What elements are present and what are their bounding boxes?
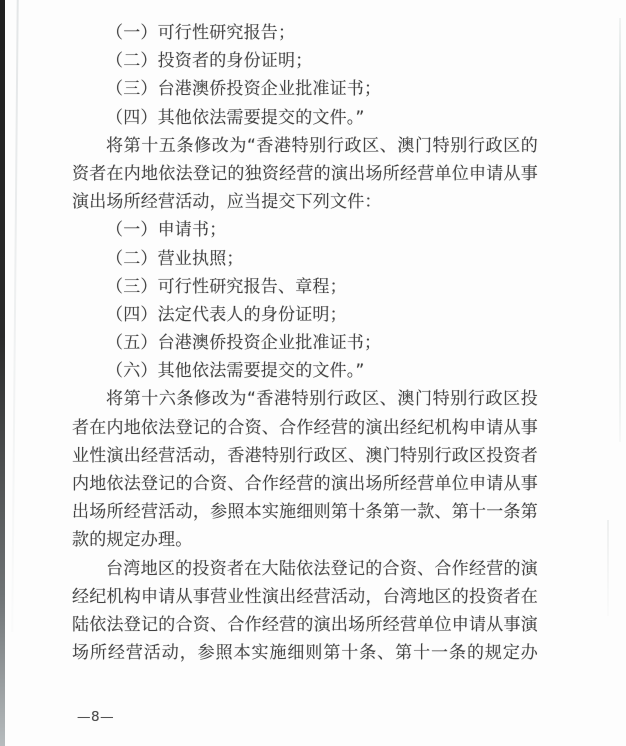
text-line: 出场所经营活动，参照本实施细则第十条第一款、第十一条第一	[72, 498, 538, 526]
right-scan-artifact-line-lower	[607, 520, 609, 616]
scan-edge-shadow	[0, 0, 5, 746]
text-line: （一）可行性研究报告；	[72, 19, 538, 47]
text-line: 者在内地依法登记的合资、合作经营的演出经纪机构申请从事营	[72, 414, 538, 442]
page-crease-line	[11, 0, 19, 632]
text-line: 演出场所经营活动，应当提交下列文件：	[72, 188, 538, 216]
text-line: （四）其他依法需要提交的文件。”	[72, 104, 538, 132]
text-line: （二）投资者的身份证明；	[72, 47, 538, 75]
text-block: （一）可行性研究报告；（二）投资者的身份证明；（三）台港澳侨投资企业批准证书；（…	[72, 19, 538, 667]
text-line: （三）可行性研究报告、章程；	[72, 273, 538, 301]
text-line: 业性演出经营活动，香港特别行政区、澳门特别行政区投资者在	[72, 442, 538, 470]
text-line: （五）台港澳侨投资企业批准证书；	[72, 329, 538, 357]
text-line: 内地依法登记的合资、合作经营的演出场所经营单位申请从事演	[72, 470, 538, 498]
text-line: 将第十六条修改为“香港特别行政区、澳门特别行政区投资	[72, 385, 538, 413]
text-line: 陆依法登记的合资、合作经营的演出场所经营单位申请从事演出	[72, 611, 538, 639]
text-line: 资者在内地依法登记的独资经营的演出场所经营单位申请从事	[72, 160, 538, 188]
text-line: （六）其他依法需要提交的文件。”	[72, 357, 538, 385]
text-line: 场所经营活动，参照本实施细则第十条、第十一条的规定办理。”	[72, 639, 538, 667]
text-line: （二）营业执照；	[72, 245, 538, 273]
text-line: （四）法定代表人的身份证明；	[72, 301, 538, 329]
right-scan-artifact-line	[619, 18, 621, 442]
text-line: （一）申请书；	[72, 216, 538, 244]
text-line: 经纪机构申请从事营业性演出经营活动，台湾地区的投资者在大	[72, 583, 538, 611]
page-number: —8—	[77, 709, 114, 725]
text-line: 将第十五条修改为“香港特别行政区、澳门特别行政区的投	[72, 132, 538, 160]
text-line: （三）台港澳侨投资企业批准证书；	[72, 75, 538, 103]
text-line: 款的规定办理。	[72, 526, 538, 554]
text-line: 台湾地区的投资者在大陆依法登记的合资、合作经营的演出	[72, 555, 538, 583]
